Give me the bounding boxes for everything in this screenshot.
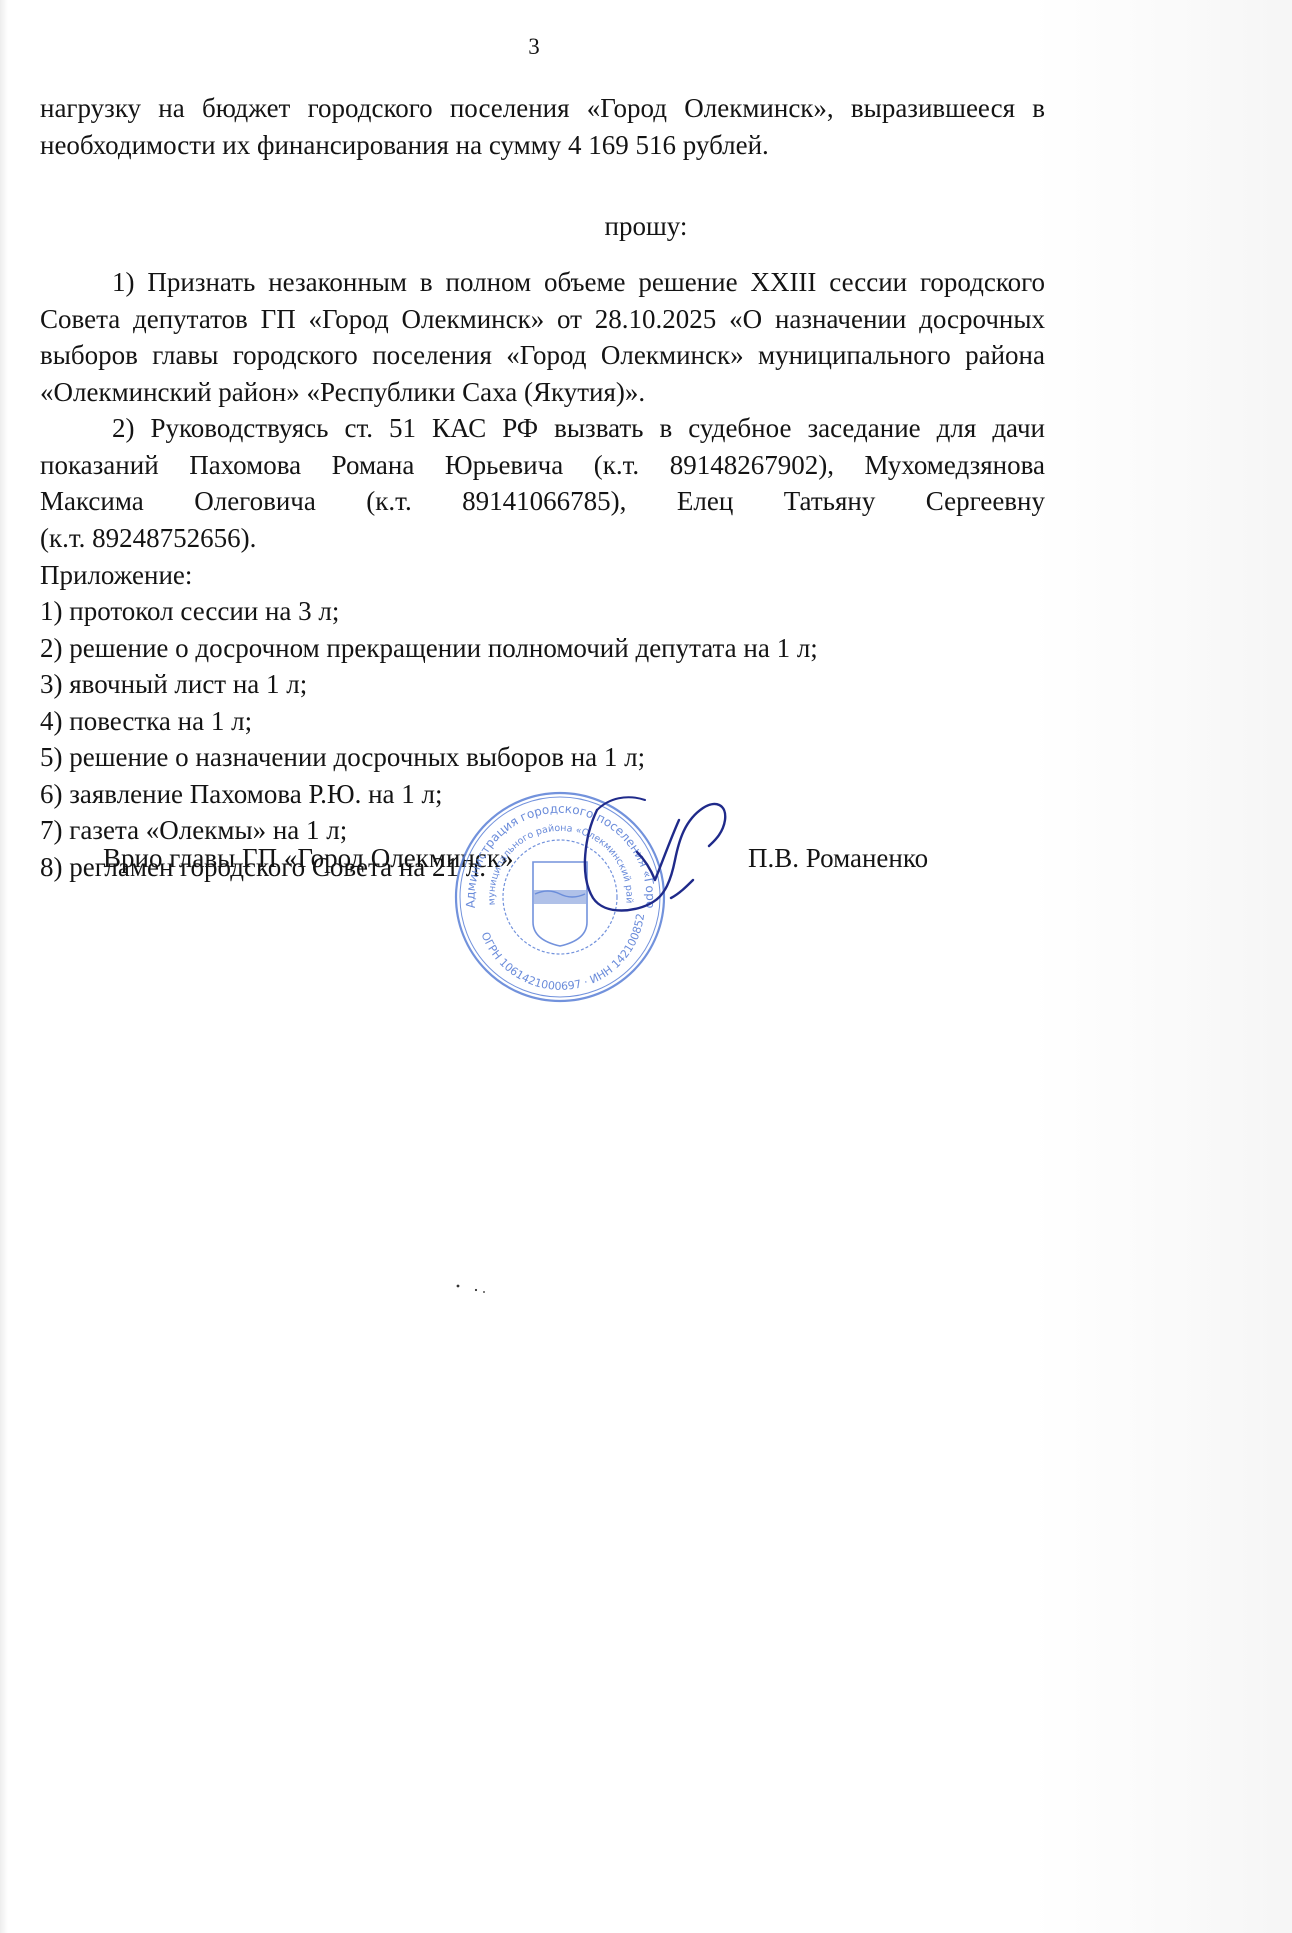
item2-line: показаний Пахомова Романа Юрьевича (к.т.…: [40, 447, 1045, 484]
scan-specks: [450, 1280, 570, 1320]
item1-line: «Олекминский район» «Республики Саха (Як…: [40, 374, 1045, 411]
attachment-item: 4) повестка на 1 л;: [40, 703, 1045, 740]
item1-line: Совета депутатов ГП «Город Олекминск» от…: [40, 301, 1045, 338]
intro-line: необходимости их финансирования на сумму…: [40, 127, 1045, 164]
scan-right-shade: [1032, 0, 1292, 1933]
page-number: 3: [522, 34, 546, 60]
item2-line: 2) Руководствуясь ст. 51 КАС РФ вызвать …: [40, 410, 1045, 447]
request-heading: прошу:: [0, 208, 1292, 245]
attachment-item: 5) решение о назначении досрочных выборо…: [40, 739, 1045, 776]
request-item-1: 1) Признать незаконным в полном объеме р…: [40, 264, 1045, 410]
attachment-item: 2) решение о досрочном прекращении полно…: [40, 630, 1045, 667]
item1-line: выборов главы городского поселения «Горо…: [40, 337, 1045, 374]
intro-paragraph: нагрузку на бюджет городского поселения …: [40, 90, 1045, 163]
intro-line: нагрузку на бюджет городского поселения …: [40, 90, 1045, 127]
attachment-item: 3) явочный лист на 1 л;: [40, 666, 1045, 703]
attachments-heading: Приложение:: [40, 557, 1045, 594]
signer-name: П.В. Романенко: [748, 840, 928, 876]
item1-line: 1) Признать незаконным в полном объеме р…: [40, 264, 1045, 301]
scan-left-edge: [0, 0, 8, 1933]
signer-title: Врио главы ГП «Город Олекминск»: [103, 840, 513, 876]
attachment-item: 1) протокол сессии на 3 л;: [40, 593, 1045, 630]
handwritten-signature-icon: [575, 790, 745, 920]
item2-line: Максима Олеговича (к.т. 89141066785), Ел…: [40, 483, 1045, 520]
